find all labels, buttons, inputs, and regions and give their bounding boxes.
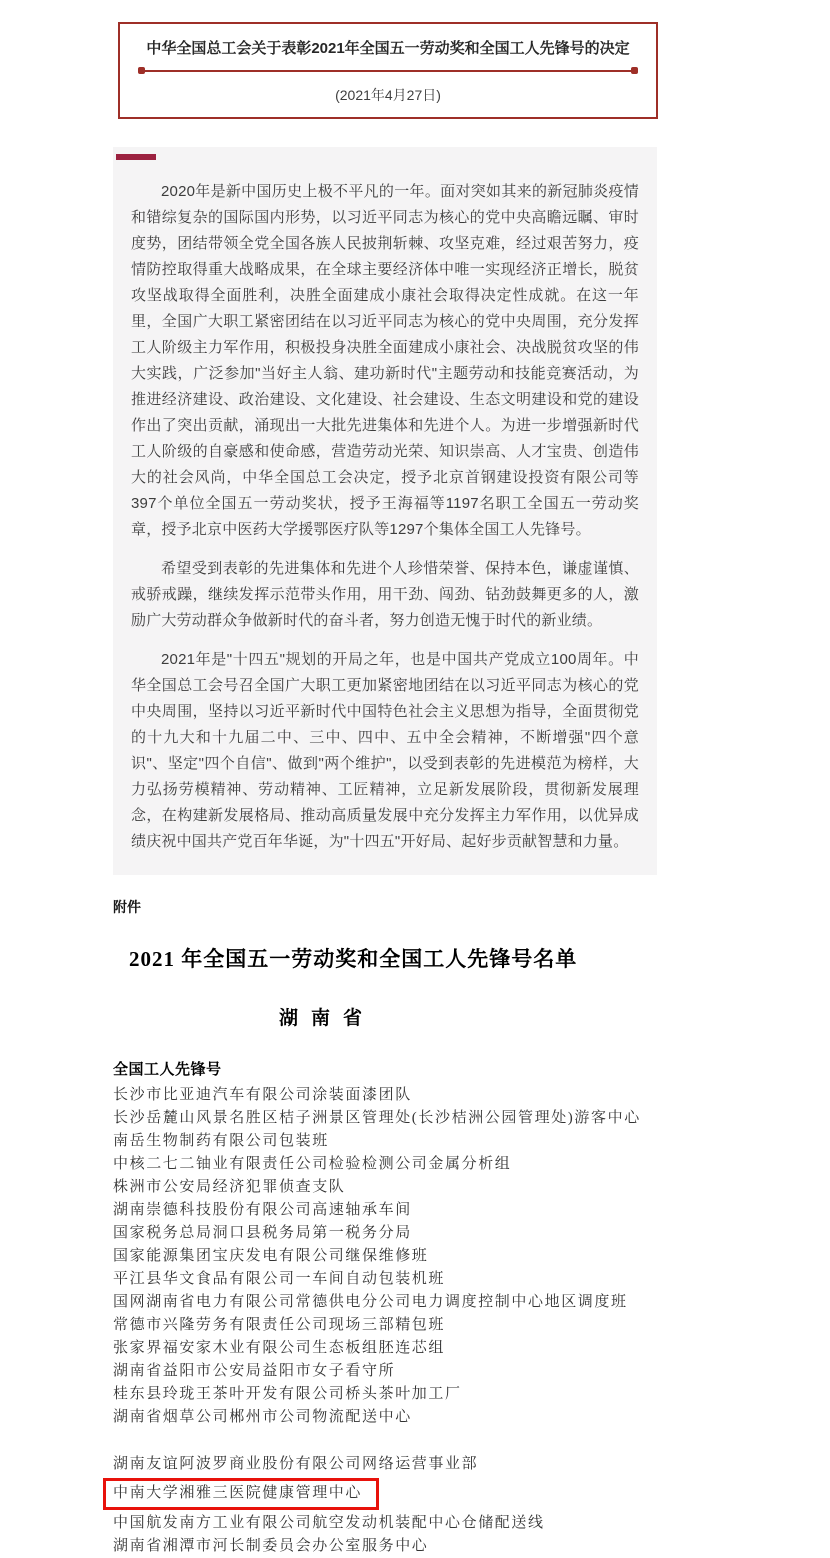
award-list-item: 湖南省烟草公司郴州市公司物流配送中心 — [113, 1406, 713, 1429]
award-list-item: 张家界福安家木业有限公司生态板组胚连芯组 — [113, 1337, 713, 1360]
award-list-item: 湖南省益阳市公安局益阳市女子看守所 — [113, 1360, 713, 1383]
award-list-item: 中南大学湘雅三医院健康管理中心 — [113, 1476, 713, 1512]
body-paragraph-3: 2021年是"十四五"规划的开局之年，也是中国共产党成立100周年。中华全国总工… — [131, 647, 639, 855]
award-list-item: 平江县华文食品有限公司一车间自动包装机班 — [113, 1268, 713, 1291]
highlighted-item-box: 中南大学湘雅三医院健康管理中心 — [103, 1478, 379, 1510]
notice-date: (2021年4月27日) — [134, 85, 642, 105]
award-list-item: 国网湖南省电力有限公司常德供电分公司电力调度控制中心地区调度班 — [113, 1291, 713, 1314]
award-list-item: 中核二七二铀业有限责任公司检验检测公司金属分析组 — [113, 1153, 713, 1176]
attachment-section: 附件 2021 年全国五一劳动奖和全国工人先锋号名单 湖南省 全国工人先锋号 长… — [113, 897, 713, 1558]
decision-body: 2020年是新中国历史上极不平凡的一年。面对突如其来的新冠肺炎疫情和错综复杂的国… — [113, 147, 657, 875]
province-heading: 湖南省 — [279, 1003, 713, 1030]
award-list-item: 长沙市比亚迪汽车有限公司涂装面漆团队 — [113, 1084, 713, 1107]
award-list-item: 湖南友谊阿波罗商业股份有限公司网络运营事业部 — [113, 1453, 713, 1476]
notice-divider-line — [140, 70, 636, 72]
award-list-item: 长沙岳麓山风景名胜区桔子洲景区管理处(长沙桔洲公园管理处)游客中心 — [113, 1107, 713, 1130]
award-list-item: 国家税务总局洞口县税务局第一税务分局 — [113, 1222, 713, 1245]
body-paragraph-2: 希望受到表彰的先进集体和先进个人珍惜荣誉、保持本色，谦虚谨慎、戒骄戒躁，继续发挥… — [131, 556, 639, 634]
award-list-item: 湖南省湘潭市河长制委员会办公室服务中心 — [113, 1535, 713, 1558]
award-list-item: 中国航发南方工业有限公司航空发动机装配中心仓储配送线 — [113, 1512, 713, 1535]
notice-header-box: 中华全国总工会关于表彰2021年全国五一劳动奖和全国工人先锋号的决定 (2021… — [118, 22, 658, 119]
article-page: { "notice": { "title": "中华全国总工会关于表彰2021年… — [0, 0, 830, 1558]
award-list-item: 桂东县玲珑王茶叶开发有限公司桥头茶叶加工厂 — [113, 1383, 713, 1406]
divider-right-dot — [631, 67, 638, 74]
attachment-label: 附件 — [113, 897, 713, 917]
body-paragraph-1: 2020年是新中国历史上极不平凡的一年。面对突如其来的新冠肺炎疫情和错综复杂的国… — [131, 179, 639, 543]
notice-title: 中华全国总工会关于表彰2021年全国五一劳动奖和全国工人先锋号的决定 — [134, 39, 642, 59]
award-list-item: 国家能源集团宝庆发电有限公司继保维修班 — [113, 1245, 713, 1268]
award-list-item: 湖南崇德科技股份有限公司高速轴承车间 — [113, 1199, 713, 1222]
award-list-item: 南岳生物制药有限公司包装班 — [113, 1130, 713, 1153]
award-list: 长沙市比亚迪汽车有限公司涂装面漆团队长沙岳麓山风景名胜区桔子洲景区管理处(长沙桔… — [113, 1084, 713, 1558]
accent-dash — [116, 154, 156, 160]
award-list-item: 株洲市公安局经济犯罪侦查支队 — [113, 1176, 713, 1199]
award-list-item: 常德市兴隆劳务有限责任公司现场三部精包班 — [113, 1314, 713, 1337]
divider-left-dot — [138, 67, 145, 74]
award-list-title: 2021 年全国五一劳动奖和全国工人先锋号名单 — [129, 943, 713, 973]
section-header-pioneer: 全国工人先锋号 — [113, 1058, 713, 1079]
